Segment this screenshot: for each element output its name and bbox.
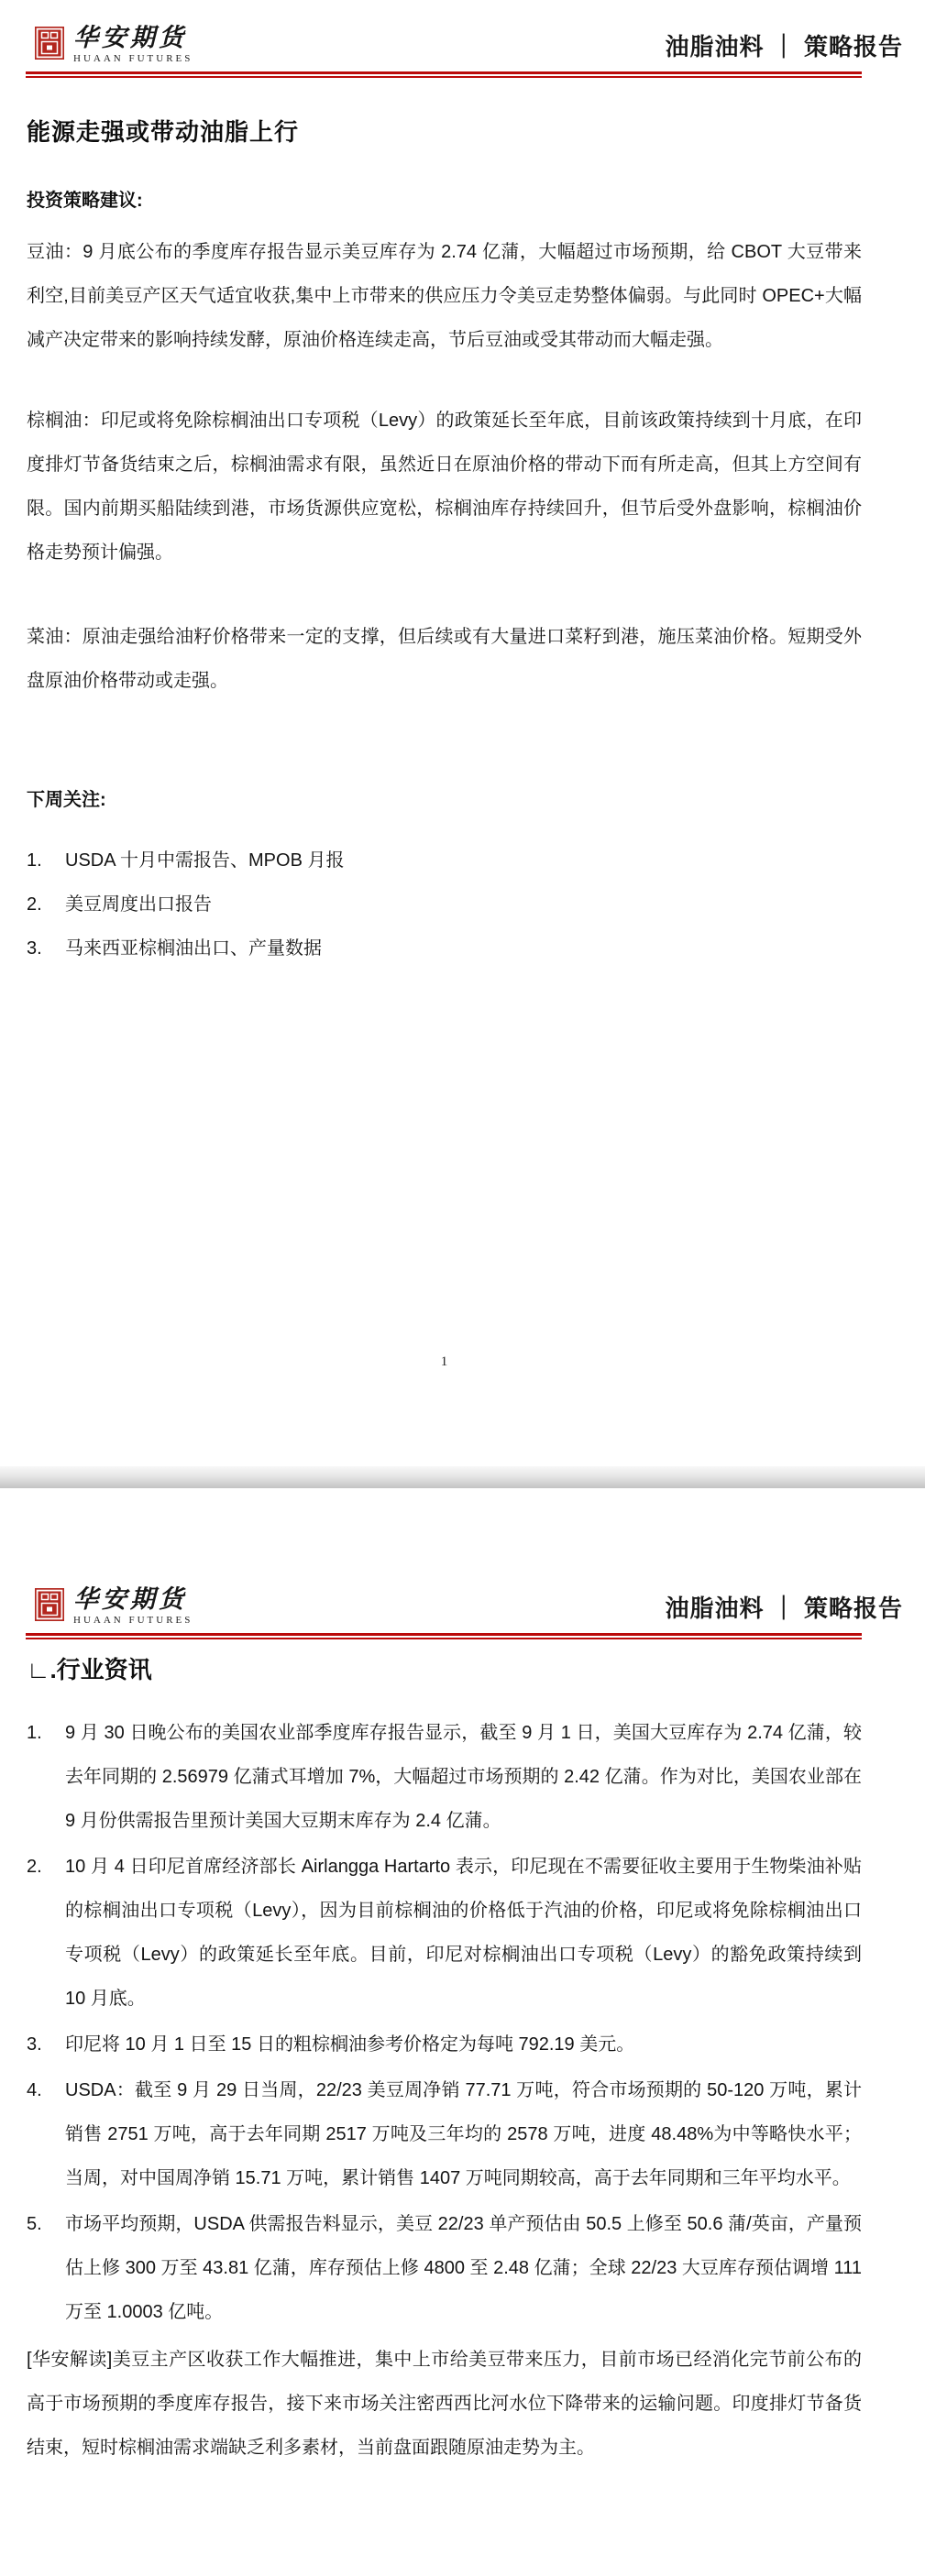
- rapeseed-oil-paragraph: 菜油：原油走强给油籽价格带来一定的支撑，但后续或有大量进口菜籽到港，施压菜油价格…: [27, 615, 862, 703]
- brand-text: 华安期货 HUAAN FUTURES: [73, 25, 193, 64]
- brand-block: 华安期货 HUAAN FUTURES: [35, 1586, 193, 1626]
- huaan-interpretation: [华安解读]美豆主产区收获工作大幅推进，集中上市给美豆带来压力，目前市场已经消化…: [27, 2338, 862, 2470]
- brand-name-cn: 华安期货: [73, 1586, 193, 1614]
- divider-thick-line: [26, 1633, 862, 1636]
- news-item-4: 4.USDA：截至 9 月 29 日当周，22/23 美豆周净销 77.71 万…: [27, 2068, 862, 2200]
- page-header: 华安期货 HUAAN FUTURES 油脂油料 ｜ 策略报告: [35, 13, 903, 64]
- news-item-3-text: 印尼将 10 月 1 日至 15 日的粗棕榈油参考价格定为每吨 792.19 美…: [65, 2034, 634, 2055]
- news-item-1: 1.9 月 30 日晚公布的美国农业部季度库存报告显示，截至 9 月 1 日，美…: [27, 1711, 862, 1843]
- news-item-4-text: USDA：截至 9 月 29 日当周，22/23 美豆周净销 77.71 万吨，…: [65, 2080, 862, 2188]
- watch-item-3: 3.马来西亚棕榈油出口、产量数据: [27, 926, 862, 970]
- watch-heading: 下周关注:: [27, 787, 862, 813]
- report-page-1: 华安期货 HUAAN FUTURES 油脂油料 ｜ 策略报告 能源走强或带动油脂…: [0, 0, 925, 1466]
- watch-item-2: 2.美豆周度出口报告: [27, 882, 862, 926]
- watch-item-2-number: 2.: [27, 882, 65, 926]
- palm-oil-paragraph: 棕榈油：印尼或将免除棕榈油出口专项税（Levy）的政策延长至年底，目前该政策持续…: [27, 399, 862, 575]
- news-item-2: 2.10 月 4 日印尼首席经济部长 Airlangga Hartarto 表示…: [27, 1845, 862, 2021]
- news-item-5-text: 市场平均预期，USDA 供需报告料显示，美豆 22/23 单产预估由 50.5 …: [65, 2214, 862, 2322]
- watch-list: 1.USDA 十月中需报告、MPOB 月报 2.美豆周度出口报告 3.马来西亚棕…: [27, 839, 862, 970]
- watch-item-3-text: 马来西亚棕榈油出口、产量数据: [65, 938, 322, 959]
- divider-thick-line: [26, 71, 862, 74]
- page1-content: 能源走强或带动油脂上行 投资策略建议: 豆油：9 月底公布的季度库存报告显示美豆…: [27, 116, 862, 970]
- huaan-logo-icon: [35, 1588, 64, 1621]
- soybean-oil-paragraph: 豆油：9 月底公布的季度库存报告显示美豆库存为 2.74 亿蒲，大幅超过市场预期…: [27, 230, 862, 362]
- brand-block: 华安期货 HUAAN FUTURES: [35, 25, 193, 64]
- watch-item-1: 1.USDA 十月中需报告、MPOB 月报: [27, 839, 862, 882]
- news-item-5: 5.市场平均预期，USDA 供需报告料显示，美豆 22/23 单产预估由 50.…: [27, 2202, 862, 2334]
- news-item-5-number: 5.: [27, 2202, 65, 2246]
- watch-item-1-text: USDA 十月中需报告、MPOB 月报: [65, 850, 344, 871]
- watch-item-1-number: 1.: [27, 839, 65, 882]
- news-item-2-number: 2.: [27, 1845, 65, 1889]
- brand-name-en: HUAAN FUTURES: [73, 1615, 193, 1626]
- watch-item-3-number: 3.: [27, 926, 65, 970]
- industry-news-list: 1.9 月 30 日晚公布的美国农业部季度库存报告显示，截至 9 月 1 日，美…: [27, 1711, 862, 2334]
- header-divider: [26, 1633, 862, 1639]
- huaan-logo-icon: [35, 27, 64, 60]
- news-item-1-number: 1.: [27, 1711, 65, 1755]
- header-divider: [26, 71, 862, 78]
- news-item-3-number: 3.: [27, 2022, 65, 2066]
- brand-name-en: HUAAN FUTURES: [73, 53, 193, 64]
- document-viewer: 华安期货 HUAAN FUTURES 油脂油料 ｜ 策略报告 能源走强或带动油脂…: [0, 0, 925, 2576]
- report-title: 能源走强或带动油脂上行: [27, 116, 862, 148]
- brand-name-cn: 华安期货: [73, 25, 193, 52]
- report-page-2: 华安期货 HUAAN FUTURES 油脂油料 ｜ 策略报告 ∟.行业资讯 1.…: [0, 1488, 925, 2576]
- watch-item-2-text: 美豆周度出口报告: [65, 894, 212, 915]
- news-item-1-text: 9 月 30 日晚公布的美国农业部季度库存报告显示，截至 9 月 1 日，美国大…: [65, 1723, 862, 1831]
- page2-content: 1.9 月 30 日晚公布的美国农业部季度库存报告显示，截至 9 月 1 日，美…: [27, 1711, 862, 2470]
- report-category: 油脂油料 ｜ 策略报告: [666, 28, 903, 64]
- page-separator: [0, 1466, 925, 1488]
- industry-news-heading: ∟.行业资讯: [27, 1654, 925, 1685]
- page-number: 1: [27, 1354, 862, 1370]
- strategy-heading: 投资策略建议:: [27, 188, 862, 214]
- news-item-3: 3.印尼将 10 月 1 日至 15 日的粗棕榈油参考价格定为每吨 792.19…: [27, 2022, 862, 2066]
- divider-thin-line: [26, 76, 862, 78]
- report-category: 油脂油料 ｜ 策略报告: [666, 1590, 903, 1626]
- brand-text: 华安期货 HUAAN FUTURES: [73, 1586, 193, 1626]
- news-item-4-number: 4.: [27, 2068, 65, 2112]
- page-header: 华安期货 HUAAN FUTURES 油脂油料 ｜ 策略报告: [35, 1574, 903, 1626]
- divider-thin-line: [26, 1638, 862, 1639]
- news-item-2-text: 10 月 4 日印尼首席经济部长 Airlangga Hartarto 表示，印…: [65, 1857, 862, 2009]
